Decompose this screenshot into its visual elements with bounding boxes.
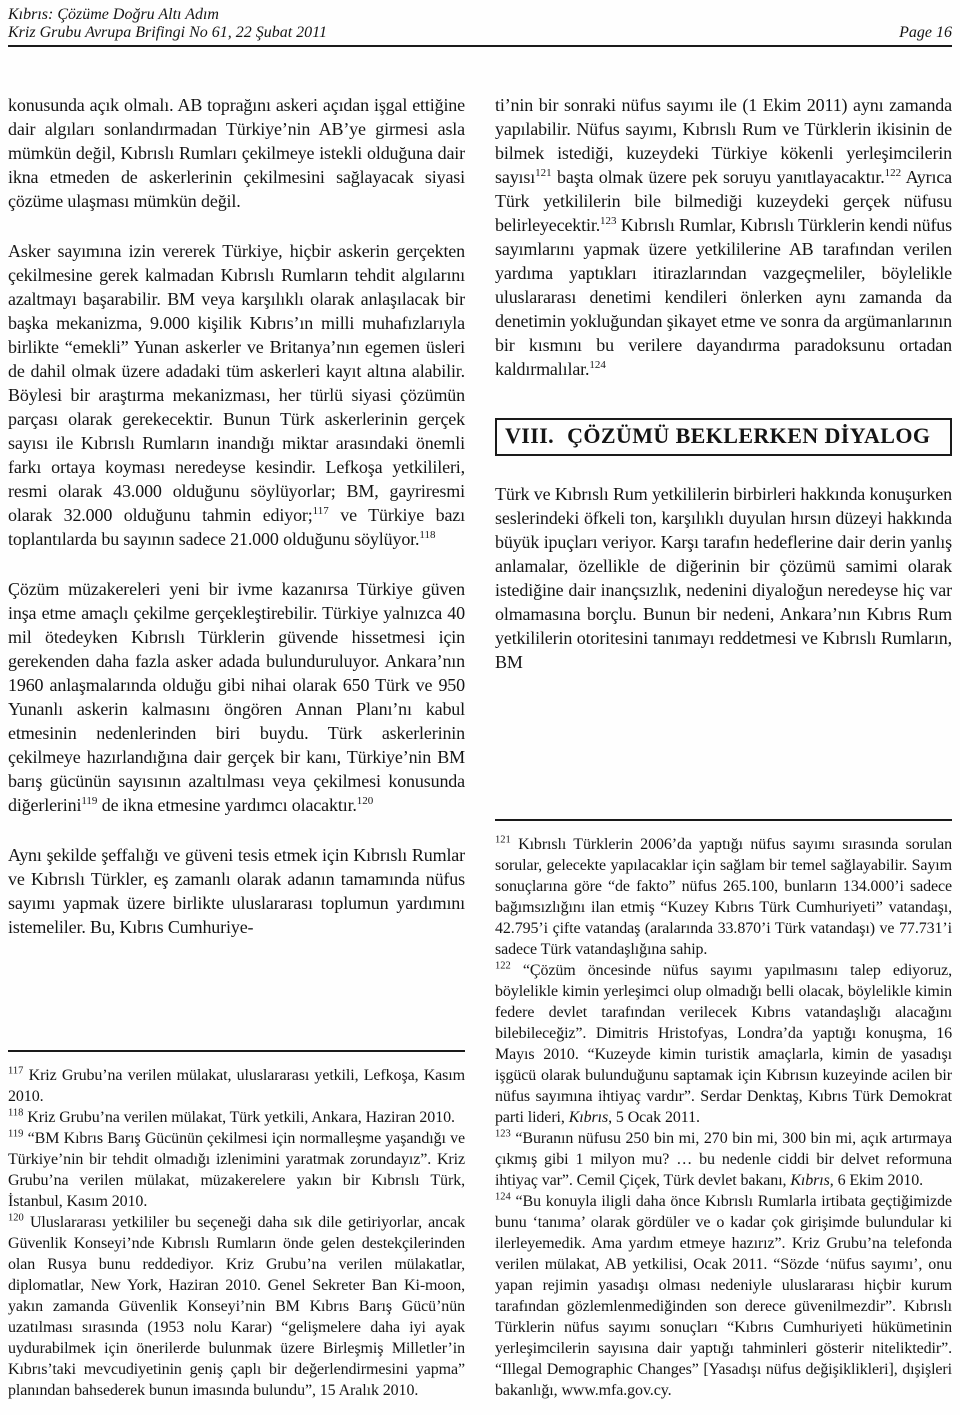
paragraph: Asker sayımına izin vererek Türkiye, hiç…: [8, 239, 465, 551]
document-page: Kıbrıs: Çözüme Doğru Altı Adım Kriz Grub…: [0, 0, 960, 1415]
paragraph: Türk ve Kıbrıslı Rum yetkililerin birbir…: [495, 482, 952, 674]
footnote-number: 119: [8, 1129, 23, 1140]
footnote-ref: 120: [357, 795, 374, 807]
footnote-number: 121: [495, 835, 511, 846]
text-run: konusunda açık olmalı. AB toprağını aske…: [8, 95, 465, 211]
italic-text: Kıbrıs: [790, 1172, 829, 1189]
right-column: ti’nin bir sonraki nüfus sayımı ile (1 E…: [495, 93, 952, 1401]
footnote-ref: 124: [589, 359, 606, 371]
footnote-ref: 123: [600, 215, 617, 227]
footnote-ref: 119: [81, 795, 97, 807]
text-run: “BM Kıbrıs Barış Gücünün çekilmesi için …: [8, 1130, 465, 1210]
text-run: Kriz Grubu’na verilen mülakat, Türk yetk…: [23, 1109, 455, 1126]
right-column-body-bottom: Türk ve Kıbrıslı Rum yetkililerin birbir…: [495, 482, 952, 674]
footnote: 120 Uluslararası yetkililer bu seçeneği …: [8, 1212, 465, 1401]
text-run: Çözüm müzakereleri yeni bir ivme kazanır…: [8, 579, 465, 815]
footnote-list: 121 Kıbrıslı Türklerin 2006’da yaptığı n…: [495, 834, 952, 1401]
text-run: Asker sayımına izin vererek Türkiye, hiç…: [8, 241, 465, 525]
text-run: başta olmak üzere pek soruyu yanıtlayaca…: [552, 167, 885, 187]
footnote-number: 118: [8, 1108, 23, 1119]
paragraph: Çözüm müzakereleri yeni bir ivme kazanır…: [8, 577, 465, 817]
text-run: , 5 Ocak 2011.: [608, 1109, 700, 1126]
paragraph: Aynı şekilde şeffalığı ve güveni tesis e…: [8, 843, 465, 939]
doc-title: Kıbrıs: Çözüme Doğru Altı Adım: [8, 6, 327, 24]
two-column-layout: konusunda açık olmalı. AB toprağını aske…: [8, 93, 952, 1401]
text-run: de ikna etmesine yardımcı olacaktır.: [97, 795, 356, 815]
paragraph: konusunda açık olmalı. AB toprağını aske…: [8, 93, 465, 213]
footnote: 117 Kriz Grubu’na verilen mülakat, ulusl…: [8, 1065, 465, 1107]
text-run: Türk ve Kıbrıslı Rum yetkililerin birbir…: [495, 484, 952, 672]
footnote: 124 “Bu konuyla iligli daha önce Kıbrısl…: [495, 1191, 952, 1401]
footnote-number: 117: [8, 1066, 23, 1077]
section-title: ÇÖZÜMÜ BEKLERKEN DİYALOG: [567, 423, 930, 448]
footnote-ref: 118: [419, 529, 435, 541]
text-run: Kıbrıslı Rumlar, Kıbrıslı Türklerin kend…: [495, 215, 952, 379]
footnote-number: 120: [8, 1213, 24, 1224]
footnote: 123 “Buranın nüfusu 250 bin mi, 270 bin …: [495, 1128, 952, 1191]
footnote: 118 Kriz Grubu’na verilen mülakat, Türk …: [8, 1107, 465, 1128]
paragraph: ti’nin bir sonraki nüfus sayımı ile (1 E…: [495, 93, 952, 381]
right-column-body-top: ti’nin bir sonraki nüfus sayımı ile (1 E…: [495, 93, 952, 381]
footnote-ref: 122: [885, 167, 902, 179]
text-run: “Çözüm öncesinde nüfus sayımı yapılmasın…: [495, 962, 952, 1126]
right-column-footnotes: 121 Kıbrıslı Türklerin 2006’da yaptığı n…: [495, 819, 952, 1401]
italic-text: Kıbrıs: [569, 1109, 608, 1126]
text-run: Kriz Grubu’na verilen mülakat, uluslarar…: [8, 1067, 465, 1105]
footnote-number: 123: [495, 1129, 511, 1140]
text-run: Aynı şekilde şeffalığı ve güveni tesis e…: [8, 845, 465, 937]
left-column: konusunda açık olmalı. AB toprağını aske…: [8, 93, 465, 1401]
footnote-ref: 117: [313, 505, 329, 517]
header-titles: Kıbrıs: Çözüme Doğru Altı Adım Kriz Grub…: [8, 6, 327, 42]
footnote-separator: [495, 819, 952, 821]
text-run: Kıbrıslı Türklerin 2006’da yaptığı nüfus…: [495, 836, 952, 958]
footnote: 121 Kıbrıslı Türklerin 2006’da yaptığı n…: [495, 834, 952, 960]
left-column-body: konusunda açık olmalı. AB toprağını aske…: [8, 93, 465, 939]
text-run: “Bu konuyla iligli daha önce Kıbrıslı Ru…: [495, 1193, 952, 1399]
left-column-footnotes: 117 Kriz Grubu’na verilen mülakat, ulusl…: [8, 1050, 465, 1401]
section-number: VIII.: [505, 423, 554, 448]
footnote: 119 “BM Kıbrıs Barış Gücünün çekilmesi i…: [8, 1128, 465, 1212]
text-run: Uluslararası yetkililer bu seçeneği daha…: [8, 1214, 465, 1399]
footnote-number: 124: [495, 1192, 511, 1203]
text-run: , 6 Ekim 2010.: [830, 1172, 923, 1189]
doc-subtitle: Kriz Grubu Avrupa Brifingi No 61, 22 Şub…: [8, 24, 327, 42]
footnote-separator: [8, 1050, 465, 1052]
section-heading: VIII.ÇÖZÜMÜ BEKLERKEN DİYALOG: [495, 418, 952, 456]
footnote: 122 “Çözüm öncesinde nüfus sayımı yapılm…: [495, 960, 952, 1128]
document-header: Kıbrıs: Çözüme Doğru Altı Adım Kriz Grub…: [8, 6, 952, 47]
footnote-number: 122: [495, 961, 511, 972]
footnote-list: 117 Kriz Grubu’na verilen mülakat, ulusl…: [8, 1065, 465, 1401]
footnote-ref: 121: [535, 167, 552, 179]
page-number: Page 16: [899, 24, 952, 42]
